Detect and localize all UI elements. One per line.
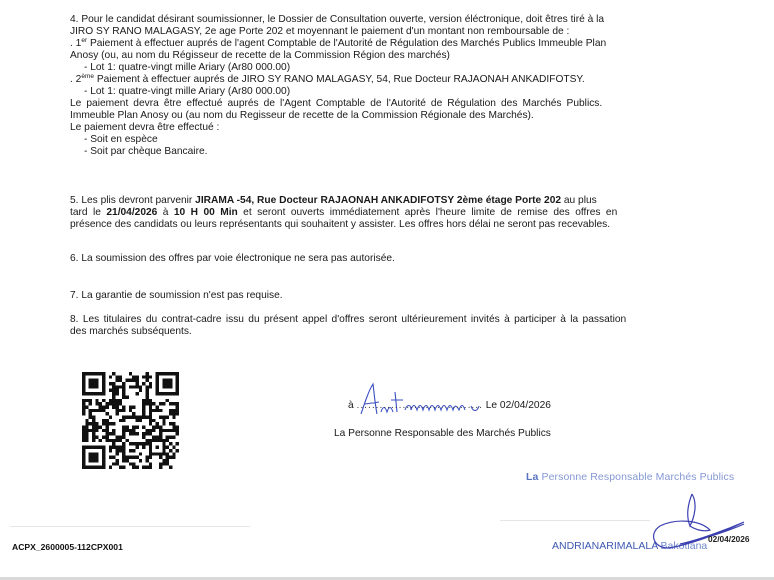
section-6: 6. La soumission des offres par voie éle… — [70, 253, 692, 265]
deadline-time: 10 H 00 Min — [174, 207, 238, 218]
section-8: 8. Les titulaires du contrat-cadre issu … — [70, 314, 692, 338]
payment-method-cash: - Soit en espèce — [70, 134, 692, 146]
section-5: 5. Les plis devront parvenir JIRAMA -54,… — [70, 195, 692, 231]
payment-2-lot: - Lot 1: quatre-vingt mille Ariary (Ar80… — [70, 86, 692, 98]
payment-note-line-2: Immeuble Plan Anosy ou (au nom du Regiss… — [70, 110, 692, 122]
section-5-line-2: tard le 21/04/2026 à 10 H 00 Min et sero… — [70, 207, 692, 219]
deadline-date: 21/04/2026 — [106, 207, 157, 218]
section-4: 4. Pour le candidat désirant soumissionn… — [70, 14, 692, 158]
section-4-line-1: 4. Pour le candidat désirant soumissionn… — [70, 14, 692, 26]
payment-1-line-2: Anosy (ou, au nom du Régisseur de recett… — [70, 50, 692, 62]
document-page: 4. Pour le candidat désirant soumissionn… — [0, 0, 774, 577]
section-8-line-2: des marchés subséquents. — [70, 326, 692, 338]
stamp-date: 02/04/2026 — [708, 533, 750, 545]
payment-1: . 1er Paiement à effectuer auprés de l'a… — [70, 38, 692, 50]
section-5-line-3: présence des candidats ou leurs représen… — [70, 219, 692, 231]
document-reference: ACPX_2600005-112CPX001 — [12, 541, 123, 553]
qr-code-icon — [82, 372, 179, 469]
faint-scan-line — [10, 526, 250, 527]
stamp-title: La Personne Responsable Marchés Publics — [526, 471, 734, 483]
signature-scribble — [640, 490, 750, 555]
payment-method-cheque: - Soit par chèque Bancaire. — [70, 146, 692, 158]
payment-method-label: Le paiement devra être effectué : — [70, 122, 692, 134]
payment-2: . 2ème Paiement à effectuer auprés de JI… — [70, 74, 692, 86]
signatory-title: La Personne Responsable des Marchés Publ… — [334, 428, 551, 440]
delivery-address: JIRAMA -54, Rue Docteur RAJAONAH ANKADIF… — [195, 195, 561, 206]
payment-1-lot: - Lot 1: quatre-vingt mille Ariary (Ar80… — [70, 62, 692, 74]
section-7: 7. La garantie de soumission n'est pas r… — [70, 290, 692, 302]
signature-date: Le 02/04/2026 — [486, 400, 551, 411]
payment-note-line-1: Le paiement devra être effectué auprés d… — [70, 98, 692, 110]
section-5-line-1: 5. Les plis devront parvenir JIRAMA -54,… — [70, 195, 692, 207]
section-8-line-1: 8. Les titulaires du contrat-cadre issu … — [70, 314, 692, 326]
signature-place-date: à ................................. Le 0… — [348, 400, 551, 412]
faint-scan-line — [500, 520, 650, 521]
section-4-line-2: JIRO SY RANO MALAGASY, 2e age Porte 202 … — [70, 26, 692, 38]
